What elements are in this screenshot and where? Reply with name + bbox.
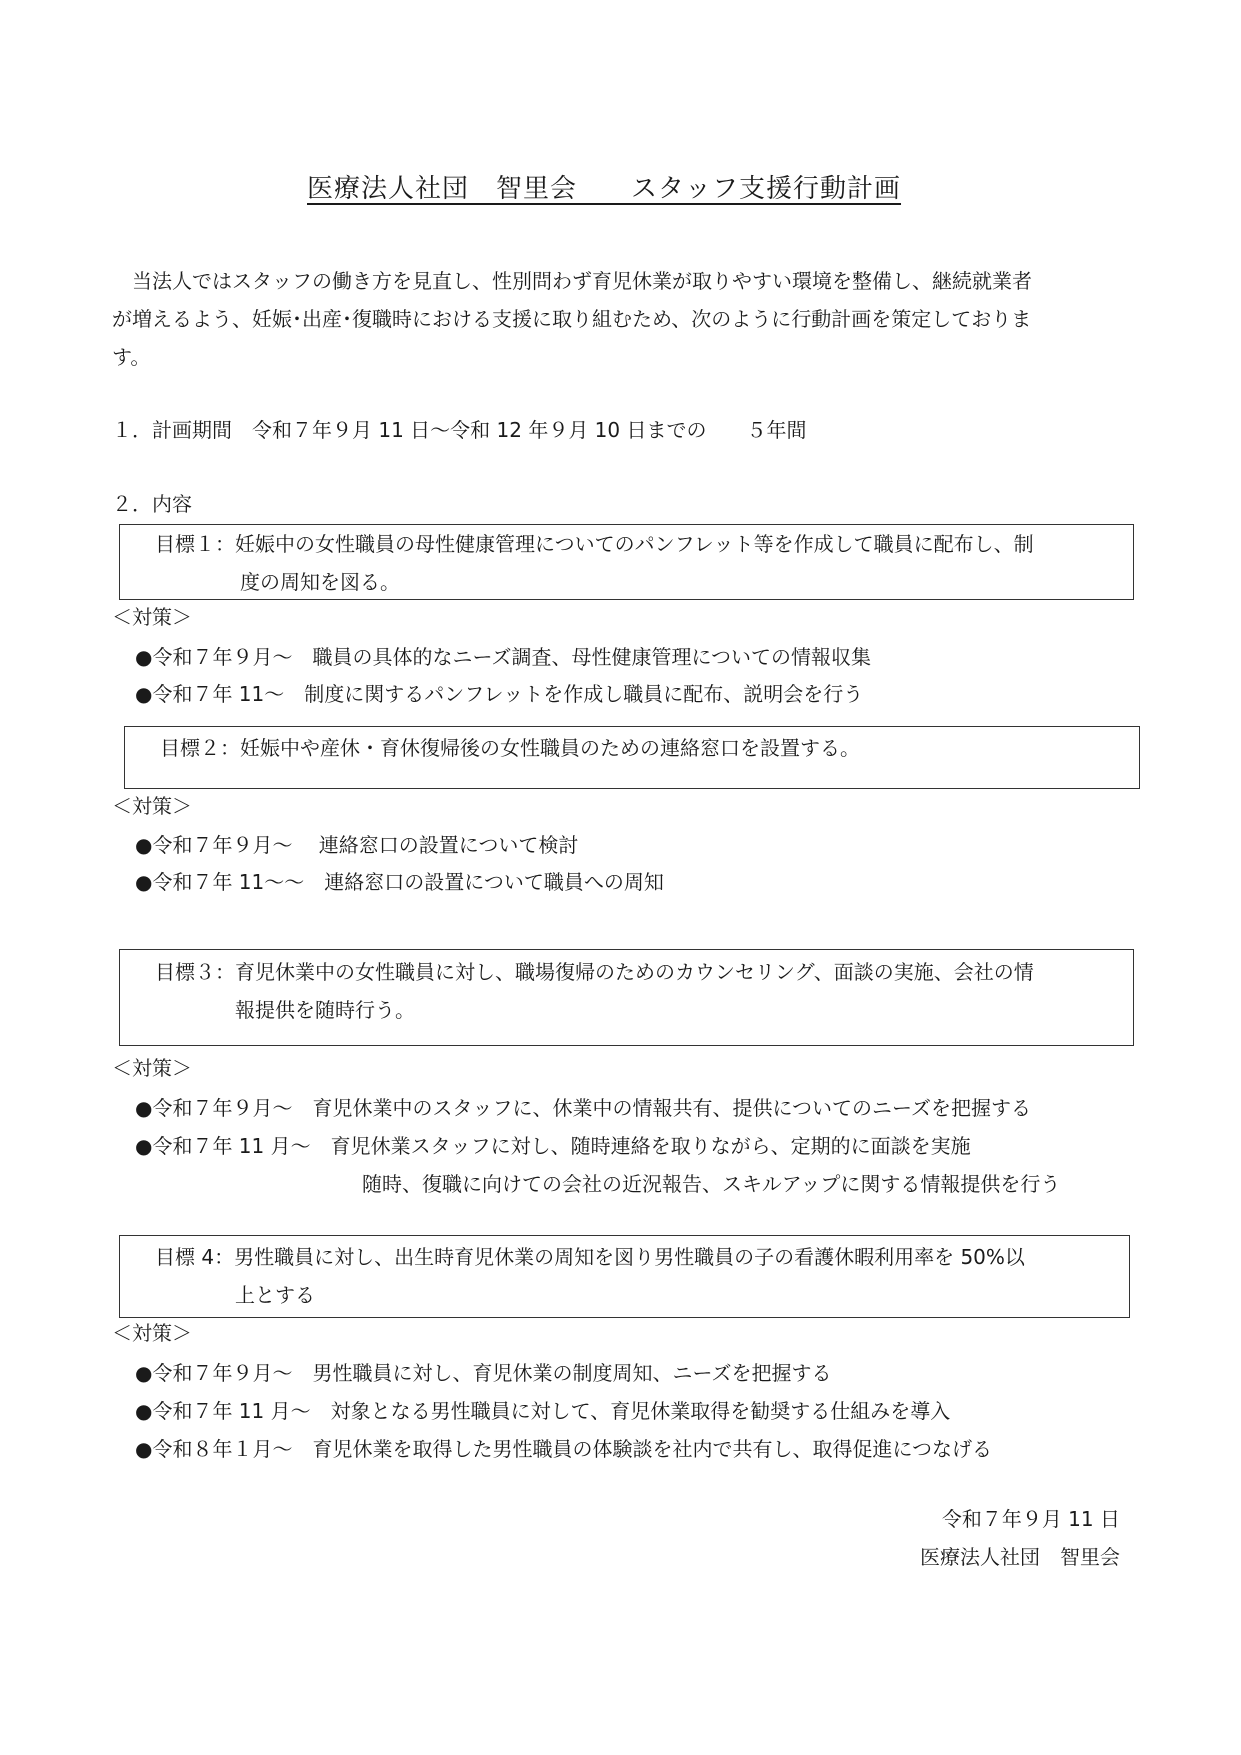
- document-title: 医療法人社団 智里会 スタッフ支援行動計画: [307, 168, 901, 205]
- goal-2-measure-1: ●令和７年９月～ 連絡窓口の設置について検討: [135, 826, 578, 864]
- intro-line-2: が増えるよう、妊娠･出産･復職時における支援に取り組むため、次のように行動計画を…: [112, 300, 1031, 338]
- intro-line-1: 当法人ではスタッフの働き方を見直し、性別問わず育児休業が取りやすい環境を整備し、…: [132, 262, 1032, 300]
- goal-1-line-2: 度の周知を図る。: [240, 563, 400, 601]
- goal-2-measures-label: ＜対策＞: [112, 787, 192, 825]
- goal-2-line-1: 目標２：妊娠中や産休・育休復帰後の女性職員のための連絡窓口を設置する。: [160, 729, 860, 767]
- footer-organization: 医療法人社団 智里会: [920, 1538, 1120, 1576]
- goal-3-line-2: 報提供を随時行う。: [235, 991, 415, 1029]
- goal-3-measure-2-continued: 随時、復職に向けての会社の近況報告、スキルアップに関する情報提供を行う: [362, 1165, 1060, 1203]
- section-contents-heading: ２．内容: [112, 485, 192, 523]
- goal-4-measure-1: ●令和７年９月～ 男性職員に対し、育児休業の制度周知、ニーズを把握する: [135, 1354, 831, 1392]
- goal-3-measures-label: ＜対策＞: [112, 1049, 192, 1087]
- goal-4-measure-3: ●令和８年１月～ 育児休業を取得した男性職員の体験談を社内で共有し、取得促進につ…: [135, 1430, 992, 1468]
- goal-3-measure-2: ●令和７年 11 月～ 育児休業スタッフに対し、随時連絡を取りながら、定期的に面…: [135, 1127, 971, 1165]
- section-plan-period: １．計画期間 令和７年９月 11 日～令和 12 年９月 10 日までの ５年間: [112, 411, 807, 449]
- goal-3-measure-1: ●令和７年９月～ 育児休業中のスタッフに、休業中の情報共有、提供についてのニーズ…: [135, 1089, 1031, 1127]
- goal-1-line-1: 目標１：妊娠中の女性職員の母性健康管理についてのパンフレット等を作成して職員に配…: [155, 525, 1034, 563]
- goal-4-line-2: 上とする: [235, 1276, 315, 1314]
- goal-4-measure-2: ●令和７年 11 月～ 対象となる男性職員に対して、育児休業取得を勧奨する仕組み…: [135, 1392, 950, 1430]
- goal-3-line-1: 目標３：育児休業中の女性職員に対し、職場復帰のためのカウンセリング、面談の実施、…: [155, 953, 1034, 991]
- goal-1-measures-label: ＜対策＞: [112, 598, 192, 636]
- intro-line-3: す。: [112, 338, 150, 376]
- goal-1-measure-2: ●令和７年 11～ 制度に関するパンフレットを作成し職員に配布、説明会を行う: [135, 675, 863, 713]
- goal-1-measure-1: ●令和７年９月～ 職員の具体的なニーズ調査、母性健康管理についての情報収集: [135, 638, 871, 676]
- goal-4-line-1: 目標 4：男性職員に対し、出生時育児休業の周知を図り男性職員の子の看護休暇利用率…: [155, 1238, 1025, 1276]
- goal-2-measure-2: ●令和７年 11～～ 連絡窓口の設置について職員への周知: [135, 863, 664, 901]
- footer-date: 令和７年９月 11 日: [942, 1500, 1120, 1538]
- goal-4-measures-label: ＜対策＞: [112, 1314, 192, 1352]
